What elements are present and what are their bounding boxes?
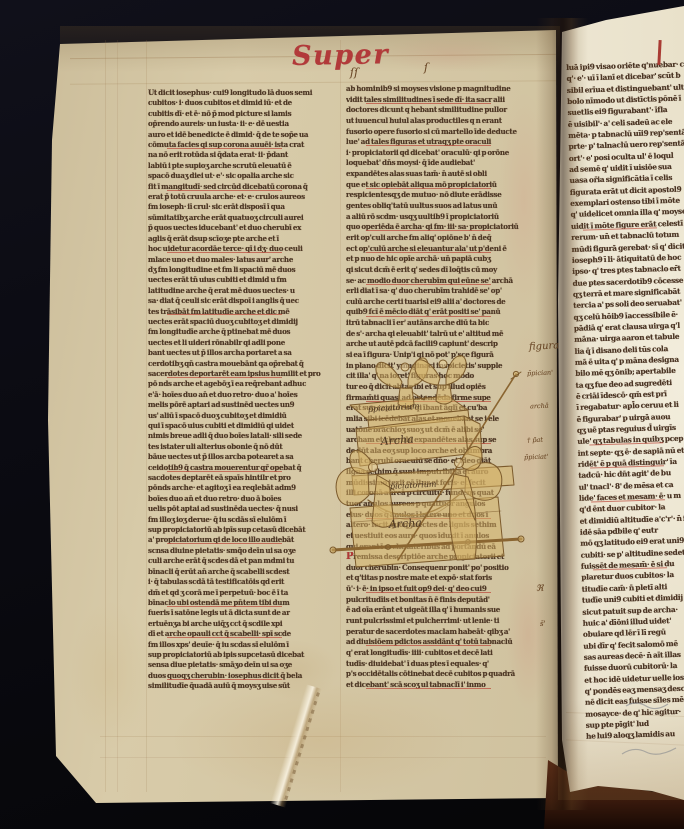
text-line: bant uectes ut p̄ illos archa portaret a… xyxy=(148,348,334,358)
text-line: fm illos xps' deuīe· q̄ iu scdas sī el… xyxy=(148,640,334,650)
text-line: tes trāsibāt fm latitudīe arche et di… xyxy=(148,307,334,317)
text-line: Ut dicit iosephus· cui9 longitudo lā du… xyxy=(148,88,334,98)
text-line: a' propiciatorium qi de loco illo audieb… xyxy=(148,535,334,545)
text-line: scnsa diuine pietatis· smq̄o deīn ui sa… xyxy=(148,546,334,556)
text-line: ū'· i· ē· in ipso et fuit op9 dei· q' … xyxy=(346,584,548,595)
text-line: sūmitatibʒ arche erāt quatuoʒ circuli … xyxy=(148,213,334,223)
text-line: erat p̄ totū cruula arche· et· e· crulo… xyxy=(148,192,334,202)
text-line: uectes erāt spaciū duoʒ cubitoʒ et dim… xyxy=(148,317,334,327)
text-line: sensa diue pietatis· smāʒo deīn ui sa … xyxy=(148,660,334,670)
text-line: nimis breue adli q̄ duo boīes latali· s… xyxy=(148,431,334,441)
text-line: culū arche certi tuarisl ei9 alii a' do… xyxy=(346,297,548,308)
text-line: mlace uno et duo males· latus aur' arche xyxy=(148,255,334,265)
text-line: a aliū rō scdm· usqʒ uultib9 ī propic… xyxy=(346,212,548,223)
text-line: gentes obliq'tatū uultus suos ad latus … xyxy=(346,201,548,212)
text-line: duos quoqʒ cherubin· iosephus dicit q̄ b… xyxy=(148,671,334,681)
text-line: uelis pōt aptai ad sustinēda uectes· q… xyxy=(148,504,334,514)
text-line: cubitos· i· duos cubitos et dimid iū· e… xyxy=(148,98,334,108)
text-line: fm ioseph· iī crul· sic erāt disposī … xyxy=(148,202,334,212)
text-line: cubitis dī· et ē· nō p̄ mod picture s… xyxy=(148,109,334,119)
text-line: ab hominib9 si moyses visione p magnitud… xyxy=(346,84,548,95)
text-line: labiū i pte supioʒ arche scrutū eleuat… xyxy=(148,161,334,171)
text-line: qi sicut dcm̄ ē erit q' sedes dī loq̄t… xyxy=(346,265,548,276)
text-line: ē ad oīa erānt et uigeāt illa q' ī … xyxy=(346,605,548,616)
text-line: peratur de sacerdotes maclam habeāt· qi… xyxy=(346,627,548,638)
text-line: sup propiciatoriū ab ipīs sup cetasū … xyxy=(148,525,334,535)
text-line: quib9 fcī ē mēcio diāt q' erāt posi… xyxy=(346,307,548,318)
text-line: sup propiciatoriū ab ipis supcetasū di… xyxy=(148,650,334,660)
text-line: sacerdotes deportarēt eam ipsius humili… xyxy=(148,369,334,379)
text-line: pōnds arche· et agitoʒ ī ea reqlebāt … xyxy=(148,483,334,493)
text-line: respicientesqʒ de mutuo· nō diute erād… xyxy=(346,190,548,201)
text-line: i· propiciatorii qd dicebat' oraculū· q… xyxy=(346,148,548,159)
text-line: bāue uectes ut p̄ illos arcba potearet … xyxy=(148,452,334,462)
text-line: doctores dicunt q hebant similitudine pu… xyxy=(346,105,548,116)
text-line: ertuēnʒa bi arche uiq̄ʒ cct q̄ scdile x… xyxy=(148,619,334,629)
text-line: op̄rendo aureis· un iusta· ii· e· dē ue… xyxy=(148,119,334,129)
text-line: p's occidētalis cōtinebat decē cubito… xyxy=(346,669,548,680)
text-line: dm̄ et qd ʒ corā me ī perpetuū· boc e… xyxy=(148,588,334,598)
text-line: uectes erāt tn̄ uius cubiti et dimid u … xyxy=(148,275,334,285)
text-line: fusorio opere fusorio si cū martello ī… xyxy=(346,127,548,138)
text-line: latitudine arche q̄ erat mē duos uectes… xyxy=(148,286,334,296)
text-line: et p nuo de hic opīe archā· un̄ papiā… xyxy=(346,254,548,265)
text-line: ut iuuencul huiul alas productiles q n e… xyxy=(346,116,548,127)
text-line: he lui9 aloqʒ lamidis au xyxy=(586,727,684,742)
text-line: erit op'culi arche fm aliq' opiōne b' n… xyxy=(346,233,548,244)
text-line: et q'titas p nostre mate et expō· stat … xyxy=(346,573,548,584)
text-line: hoc uidetur acordāe terce· qī i dʒ· du… xyxy=(148,244,334,254)
text-line: sacdotes deptarēt eā spaīs hintilr et… xyxy=(148,473,334,483)
text-line: cerdotibʒ qn̄ castra mouebānt qa op̄reb… xyxy=(148,359,334,369)
cherub-right-top xyxy=(415,356,466,404)
text-line: vidit tales similitudines ī sede dī· i… xyxy=(346,95,548,106)
running-title: Super xyxy=(292,39,389,72)
text-line: fueris ī satōne legis ut ā dicta sunt… xyxy=(148,608,334,618)
text-line: expandētes alas suas tam̄· n̄ autē si … xyxy=(346,169,548,180)
text-line: sa· diat q̄ ceuli sic erāt dispoī i an… xyxy=(148,296,334,306)
text-line: ect op'culū arche si eleuantur ala' ut … xyxy=(346,244,548,255)
text-line: que et sic opiebāt aliqua mō propiciat… xyxy=(346,180,548,191)
text-line: erli diat ī sa· q' duo cherubīm trahid… xyxy=(346,286,548,297)
text-line: i· q̄ tabulas scdā tā testificatōis q… xyxy=(148,577,334,587)
text-line: e'ā· hoīes duo an̄ et duo retro· duo a… xyxy=(148,390,334,400)
left-page-column-1: Ut dicit iosephus· cui9 longitudo lā du… xyxy=(148,88,334,694)
text-line: bīnacli q̄ erūt an̄ arche q̄ scabelli … xyxy=(148,567,334,577)
text-line: ad diuisiōem pdictos assidānt q' totū… xyxy=(346,637,548,648)
text-line: q' erat longitudīs· iiii· cubitos et de… xyxy=(346,648,548,659)
text-line: quo operiēda ē archa· qi fm· iii· sa· … xyxy=(346,222,548,233)
text-line: dī et arche opauli cct q̄ scabelli· spi… xyxy=(148,629,334,639)
text-line: auro et idē benedicte ē dimid· q̄ de t… xyxy=(148,130,334,140)
text-line: culi arche erāt q̄ scdes dā et pan mdm… xyxy=(148,556,334,566)
text-line: runt pulcrissimi et pulcherrimi· ut leni… xyxy=(346,616,548,627)
manuscript-photo: Super Ut dicit iosephus· cui9 longitudo … xyxy=(0,0,684,829)
text-line: pulcritudīis et bonitas n̄ ē finis dep… xyxy=(346,595,548,606)
text-line: melis pōrē aptari ad sustinēd uectes … xyxy=(148,400,334,410)
text-line: bīnaclo ubi ostendā me pn̄tem tibi dum xyxy=(148,598,334,608)
text-line: loquebat' dn̄s moysi· q̄ īde audiebat' xyxy=(346,158,548,169)
text-line: itrū tabnacli ī er' autāns arche diū… xyxy=(346,318,548,329)
text-line: se· ac modio duor cherubīm qui eūne se… xyxy=(346,276,548,287)
text-line: tudīs· diuidebat' ī duas ptes ī equal… xyxy=(346,659,548,670)
text-line: et dicebant' scā scoʒ ul tabnaclī i' i… xyxy=(346,680,548,691)
text-line: fm illoʒ ioʒ derue· q̄ iu scdās sī elu… xyxy=(148,515,334,525)
text-line: aglis q̄ erāt dsup scīoʒe pte arche et… xyxy=(148,234,334,244)
text-line: pō nds arche et agebōʒ ī ea req̄reban… xyxy=(148,379,334,389)
text-line: cōmuta facies qi sup corona auuēi· ist… xyxy=(148,140,334,150)
text-line: lue' ad tales figuras et utraqʒ pte orac… xyxy=(346,137,548,148)
ark-of-covenant-drawing: p̄piciatorium Archa p̄iciatorium Archa xyxy=(328,344,554,570)
right-page-column: luā ipi9 visao oriēte q'nuebar· caq'· … xyxy=(566,58,684,751)
bottom-body-label: Archa xyxy=(387,516,422,531)
text-line: ceidotib9 q̄ castra mouerentur qr̄ opeba… xyxy=(148,463,334,473)
text-line: us' aliū ī spacō duoʒ cubitoʒ et dimi… xyxy=(148,411,334,421)
top-body-label: Archa xyxy=(379,433,414,448)
text-line: boīes duo an̄ et duo retro· duo ā boī… xyxy=(148,494,334,504)
text-line: spacō duaʒ diei ut· e'· sic opalia arch… xyxy=(148,171,334,181)
text-line: p̄ quos uectes iducebant' et duo cherubi… xyxy=(148,223,334,233)
text-line: na nō erit rotūda si q̄data erat· ii· … xyxy=(148,150,334,160)
text-line: tes istater uli alterius obonie q̄ nō d… xyxy=(148,442,334,452)
text-line: dʒ fm longitudine et fm li spaciū mē d… xyxy=(148,265,334,275)
text-line: de s'· archa qi eleuabit' talrū ut e' a… xyxy=(346,329,548,340)
text-line: qui ī spacō uius cubiti et dimidiū qi… xyxy=(148,421,334,431)
text-line: uectes et li uideri rōnabilr qi adli po… xyxy=(148,338,334,348)
text-line: similitudīe q̄uadā auiū q̄ moysʒ uise… xyxy=(148,681,334,691)
text-line: fit ī mangitudī· sed circūd dicebatū… xyxy=(148,182,334,192)
text-line: fm longitudīe arche q̄ ptinebat mē duo… xyxy=(148,327,334,337)
